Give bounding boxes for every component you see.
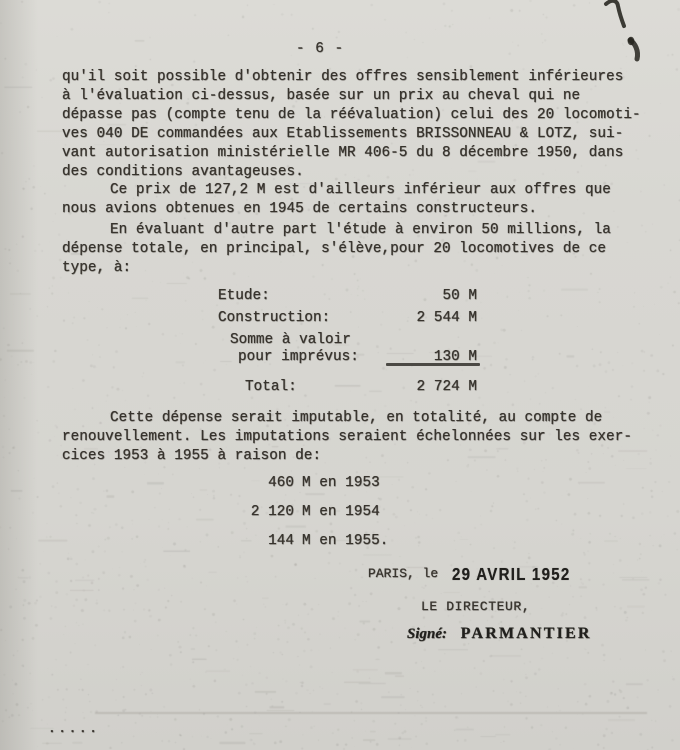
- paragraph-imputation: Cette dépense serait imputable, en total…: [62, 409, 632, 466]
- row-value: 2 724 M: [380, 378, 477, 397]
- paragraph-intro: qu'il soit possible d'obtenir des offres…: [62, 68, 641, 182]
- text-line: cices 1953 à 1955 à raison de:: [62, 447, 632, 466]
- text-line: Cette dépense serait imputable, en total…: [62, 409, 632, 428]
- text-line: Ce prix de 127,2 M est d'ailleurs inféri…: [62, 181, 611, 200]
- schedule-item: 2 120 M en 1954: [250, 503, 388, 522]
- signature-line: Signé: PARMANTIER: [407, 624, 592, 645]
- schedule-item: 144 M en 1955.: [250, 532, 388, 551]
- schedule-amount: 2 120: [250, 503, 294, 522]
- paragraph-price-comparison: Ce prix de 127,2 M est d'ailleurs inféri…: [62, 181, 611, 219]
- text-line: nous avions obtenues en 1945 de certains…: [62, 200, 611, 219]
- text-line: dépasse pas (compte tenu de la réévaluat…: [62, 106, 641, 125]
- subtotal-underline: [386, 363, 480, 366]
- row-label: Etude:: [218, 287, 380, 306]
- bleed-through-rule: [95, 712, 647, 714]
- row-label: Construction:: [218, 309, 380, 328]
- page-number: - 6 -: [296, 40, 344, 59]
- text-line: type, à:: [62, 259, 611, 278]
- footer-dots: .....: [48, 719, 100, 738]
- text-line: des conditions avantageuses.: [62, 163, 641, 182]
- text-line: vant autorisation ministérielle MR 406-5…: [62, 144, 641, 163]
- schedule-year: M en 1953: [302, 474, 380, 493]
- text-line: à l'évaluation ci-dessus, basée sur un p…: [62, 87, 641, 106]
- schedule-year: M en 1955.: [302, 532, 388, 551]
- row-label: Total:: [218, 378, 380, 397]
- date-stamp: 29 AVRIL 1952: [452, 565, 571, 584]
- row-value: 2 544 M: [380, 309, 477, 328]
- scanned-document-page: - 6 - qu'il soit possible d'obtenir des …: [0, 0, 680, 750]
- signer-title: LE DIRECTEUR,: [421, 597, 530, 616]
- row-value: 50 M: [380, 287, 477, 306]
- signed-label: Signé:: [407, 626, 447, 642]
- place-and-date-line: PARIS, le: [368, 564, 438, 583]
- text-line: qu'il soit possible d'obtenir des offres…: [62, 68, 641, 87]
- text-line: En évaluant d'autre part l'étude à envir…: [62, 221, 611, 240]
- signed-name: PARMANTIER: [461, 625, 592, 642]
- schedule-year: M en 1954: [302, 503, 380, 522]
- text-line: renouvellement. Les imputations seraient…: [62, 428, 632, 447]
- row-label: pour imprévus:: [218, 348, 380, 367]
- pen-mark-icon: [594, 0, 658, 70]
- table-row: Etude: 50 M: [218, 287, 478, 306]
- schedule-item: 460 M en 1953: [250, 474, 388, 493]
- payment-schedule: 460 M en 1953 2 120 M en 1954 144 M en 1…: [250, 474, 388, 561]
- table-row: Construction: 2 544 M: [218, 309, 478, 328]
- text-line: ves 040 DE commandées aux Etablissements…: [62, 125, 641, 144]
- text-line: dépense totale, en principal, s'élève,po…: [62, 240, 611, 259]
- schedule-amount: 144: [250, 532, 294, 551]
- table-row-total: Total: 2 724 M: [218, 378, 478, 397]
- cost-table: Etude: 50 M Construction: 2 544 M Somme …: [218, 287, 478, 397]
- schedule-amount: 460: [250, 474, 294, 493]
- paragraph-total-expense: En évaluant d'autre part l'étude à envir…: [62, 221, 611, 278]
